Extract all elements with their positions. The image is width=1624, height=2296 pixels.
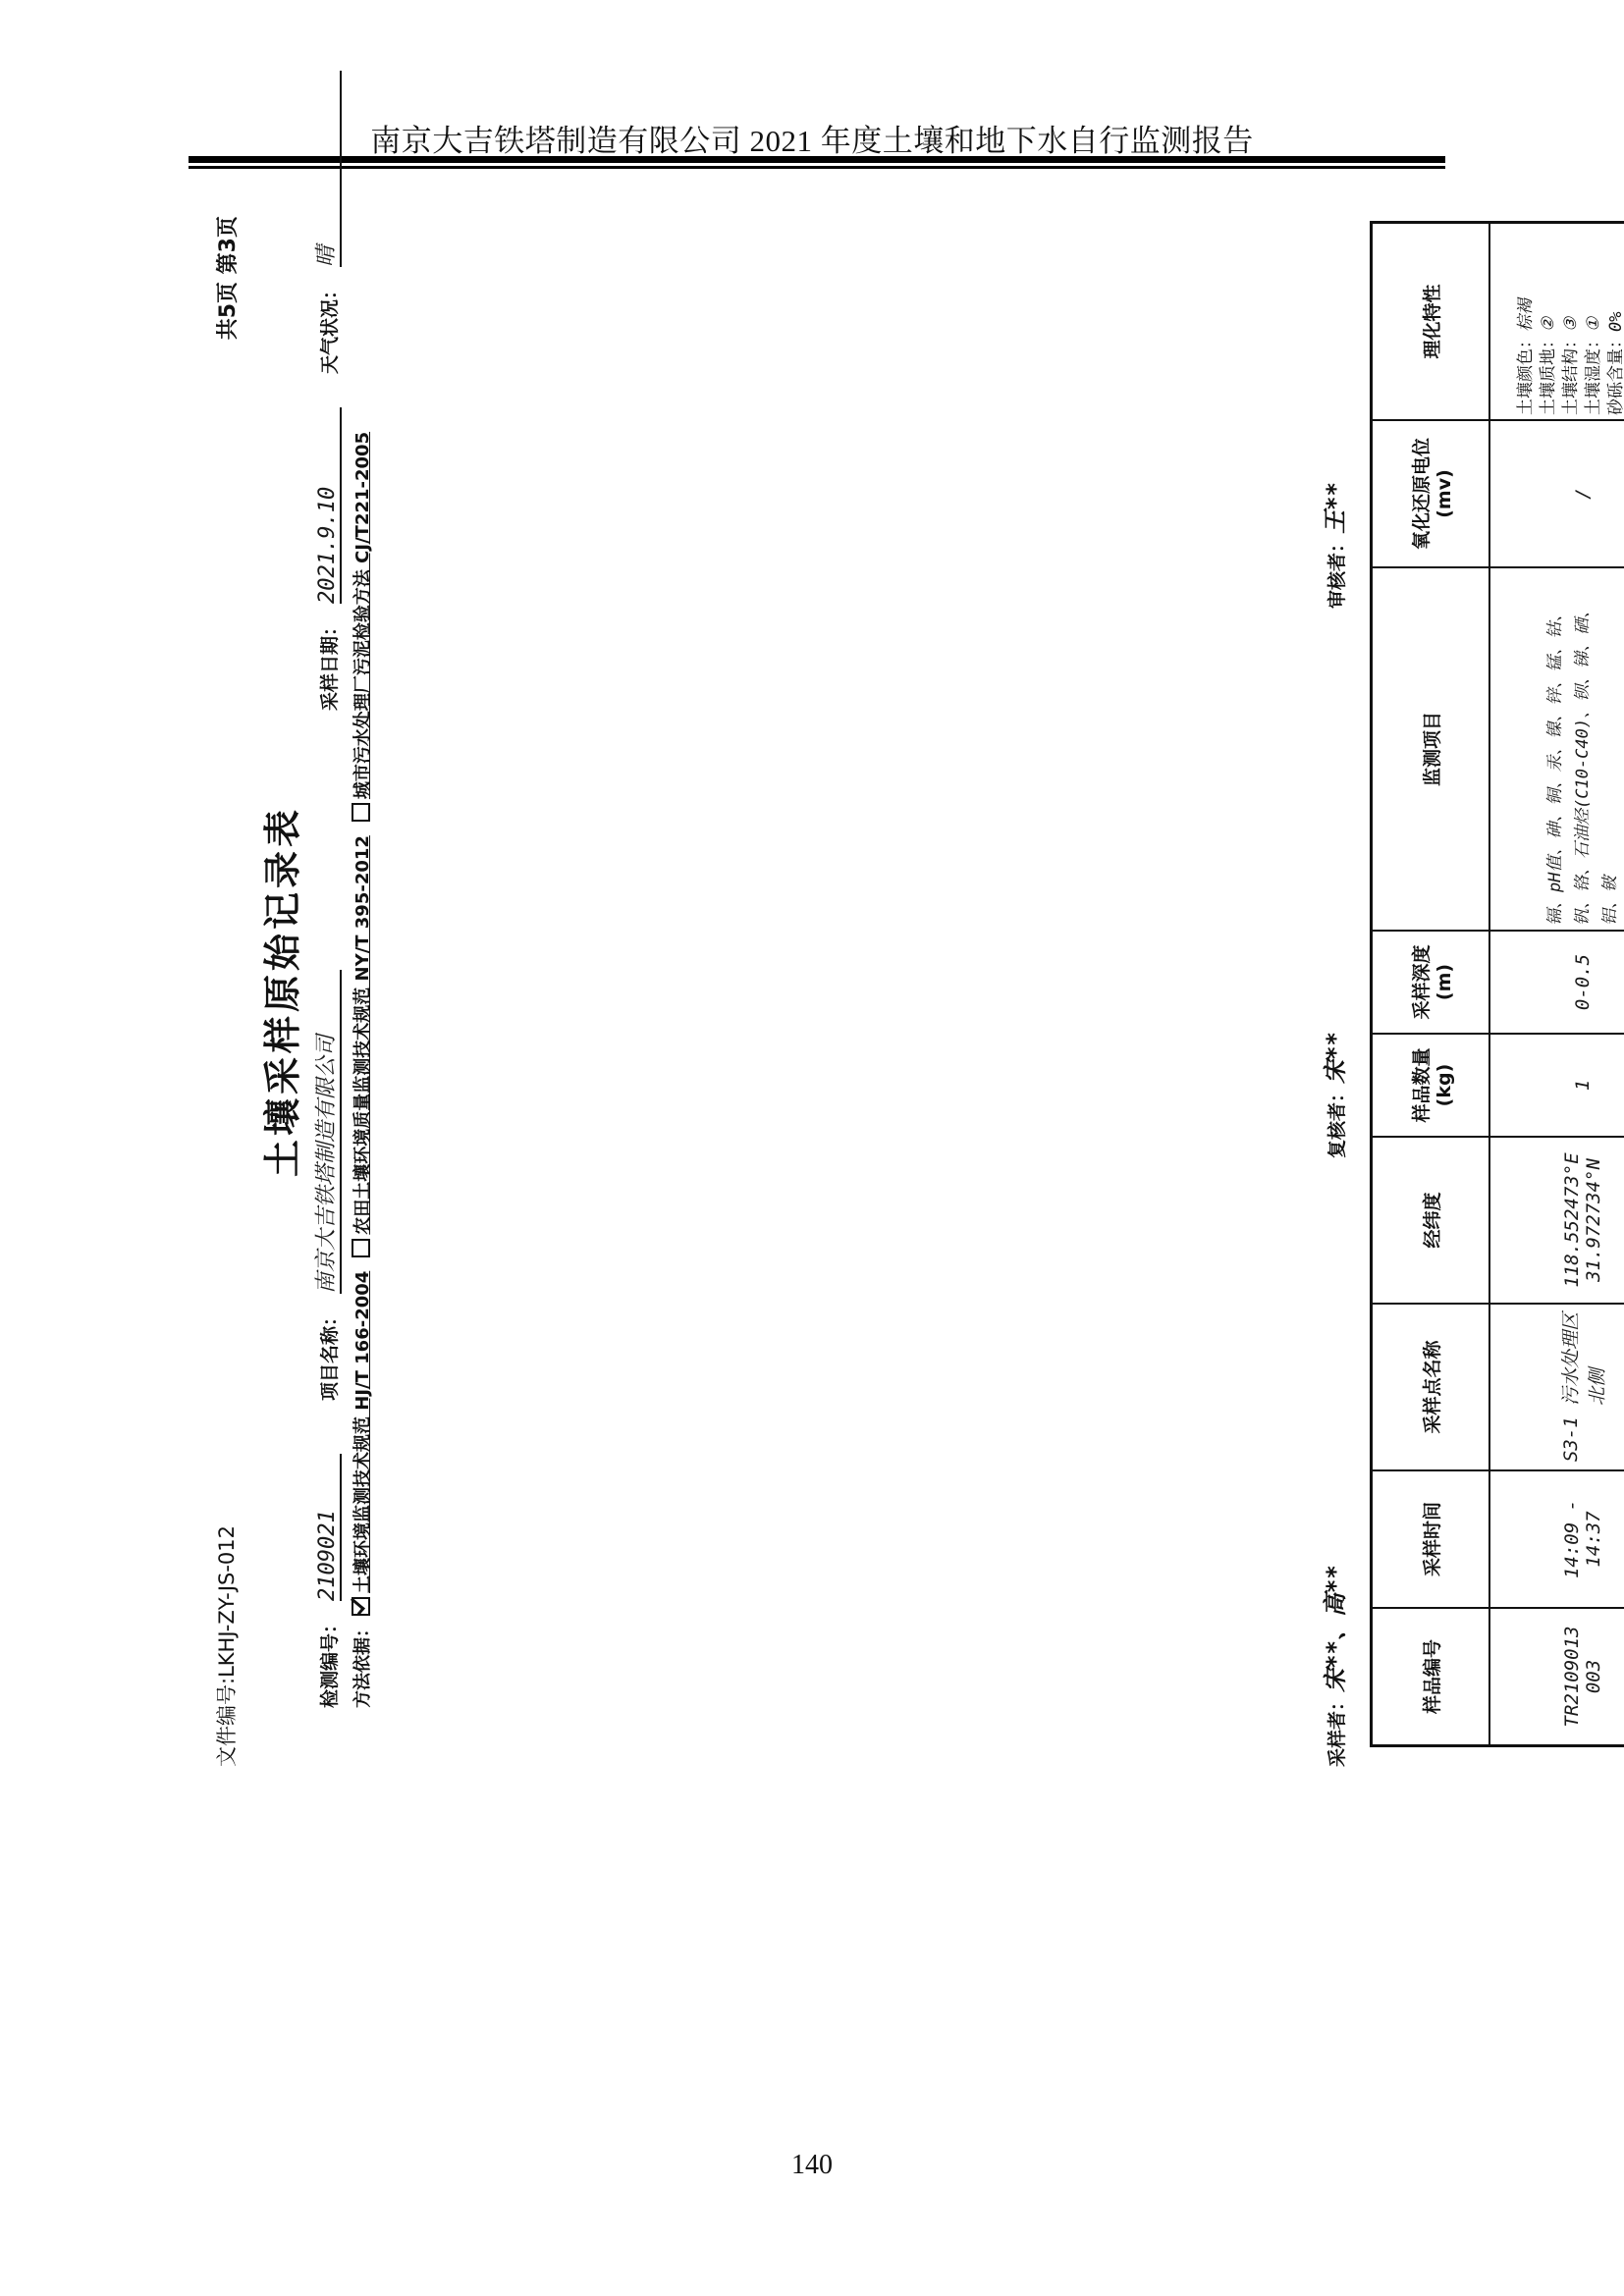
weather: 晴 (309, 71, 342, 267)
property-value: 0% (1606, 312, 1624, 332)
col-orp: 氧化还原电位(mv) (1372, 420, 1490, 567)
property-label: 土壤结构： (1561, 332, 1581, 415)
form-title: 土壤采样原始记录表 (252, 216, 306, 1767)
detection-no: 2109021 (315, 1454, 342, 1601)
method-text: 土壤环境监测技术规范 HJ/T 166-2004 (352, 1271, 373, 1593)
method-label: 方法依据： (352, 1620, 373, 1708)
method-line: 方法依据：土壤环境监测技术规范 HJ/T 166-2004农田土壤环境质量监测技… (349, 422, 374, 1708)
checker-signature: 宋** (1322, 1032, 1349, 1084)
method-checkbox[interactable] (352, 1239, 370, 1257)
col-coords: 经纬度 (1372, 1137, 1490, 1304)
sampling-table: 样品编号 采样时间 采样点名称 经纬度 样品数量(kg) 采样深度(m) 监测项… (1370, 221, 1624, 1747)
form-header-block: 文件编号:LKHJ-ZY-JS-012 共5页 第3页 土壤采样原始记录表 检测… (211, 216, 407, 1767)
method-text: 农田土壤环境质量监测技术规范 NY/T 395-2012 (352, 835, 373, 1235)
method-checkbox[interactable] (352, 1597, 370, 1616)
sample-date-label: 采样日期： (315, 617, 342, 711)
property-value: ③ (1561, 317, 1581, 332)
checker-label: 复核者： (1326, 1084, 1348, 1158)
report-header: 南京大吉铁塔制造有限公司 2021 年度土壤和地下水自行监测报告 (0, 116, 1624, 160)
monitoring-items: 镉、pH值、砷、铜、汞、镍、锌、锰、钴、钒、铬、石油烃(C10-C40)、钡、锑… (1489, 567, 1624, 931)
property-value: ② (1539, 317, 1558, 332)
checker-field: 复核者：宋** (1316, 1032, 1350, 1158)
orp-value: / (1489, 420, 1624, 567)
page-info: 共5页 第3页 (211, 216, 242, 340)
doc-number: 文件编号:LKHJ-ZY-JS-012 (211, 1525, 241, 1767)
reviewer-signature: 王** (1322, 482, 1349, 534)
property-line: 土壤湿度：① (1583, 228, 1605, 415)
property-label: 土壤质地： (1539, 332, 1558, 415)
project-label: 项目名称： (315, 1308, 342, 1401)
signature-block: 采样者：宋**、高** 复核者：宋** 审核者：王** (1306, 236, 1365, 1767)
property-label: 土壤颜色： (1516, 332, 1536, 415)
weather-label: 天气状况： (315, 281, 342, 374)
sample-point: S3-1 污水处理区北侧 (1489, 1304, 1624, 1470)
method-text: 城市污水处理厂污泥检验方法 CJ/T221-2005 (352, 432, 373, 799)
physicochemical-properties: 土壤颜色：棕褐土壤质地：②土壤结构：③土壤湿度：①砂砾含量：0%其他异物：无 (1489, 223, 1624, 421)
method-options: 土壤环境监测技术规范 HJ/T 166-2004农田土壤环境质量监测技术规范 N… (352, 422, 373, 1620)
depth: 0-0.5 (1489, 931, 1624, 1034)
reviewer-field: 审核者：王** (1316, 482, 1350, 609)
col-items: 监测项目 (1372, 567, 1490, 931)
property-line: 砂砾含量：0% (1605, 228, 1624, 415)
col-time: 采样时间 (1372, 1470, 1490, 1608)
property-value: ① (1584, 317, 1603, 332)
col-point: 采样点名称 (1372, 1304, 1490, 1470)
detection-no-label: 检测编号： (315, 1615, 342, 1708)
sample-id: TR2109013 003 (1489, 1608, 1624, 1746)
sample-time: 14:09 - 14:37 (1489, 1470, 1624, 1608)
property-line: 土壤颜色：棕褐 (1515, 228, 1538, 415)
col-depth: 采样深度(m) (1372, 931, 1490, 1034)
quantity: 1 (1489, 1034, 1624, 1137)
property-line: 土壤结构：③ (1560, 228, 1583, 415)
col-quantity: 样品数量(kg) (1372, 1034, 1490, 1137)
sampler-field: 采样者：宋**、高** (1316, 1565, 1350, 1767)
method-checkbox[interactable] (352, 803, 370, 822)
table-row: TR2109013 00314:09 - 14:37S3-1 污水处理区北侧11… (1489, 223, 1624, 1746)
soil-sampling-form: 样品编号 采样时间 采样点名称 经纬度 样品数量(kg) 采样深度(m) 监测项… (1370, 206, 1624, 1777)
property-label: 砂砾含量： (1606, 332, 1624, 415)
page-number: 140 (0, 2150, 1624, 2181)
project-name: 南京大吉铁塔制造有限公司 (309, 970, 342, 1294)
sampler-signature: 宋**、高** (1322, 1565, 1349, 1692)
col-props: 理化特性 (1372, 223, 1490, 421)
header-rule-thin (189, 166, 1445, 169)
header-rule (189, 156, 1445, 163)
property-label: 土壤湿度： (1584, 332, 1603, 415)
sample-date: 2021.9.10 (315, 407, 342, 604)
reviewer-label: 审核者： (1326, 534, 1348, 609)
property-value: 棕褐 (1516, 298, 1536, 332)
meta-line: 检测编号： 2109021 项目名称： 南京大吉铁塔制造有限公司 采样日期： 2… (309, 71, 342, 1708)
property-line: 土壤质地：② (1538, 228, 1560, 415)
sampler-label: 采样者： (1326, 1692, 1348, 1767)
col-sample-id: 样品编号 (1372, 1608, 1490, 1746)
coords: 118.552473°E 31.972734°N (1489, 1137, 1624, 1304)
table-header-row: 样品编号 采样时间 采样点名称 经纬度 样品数量(kg) 采样深度(m) 监测项… (1372, 223, 1490, 1746)
